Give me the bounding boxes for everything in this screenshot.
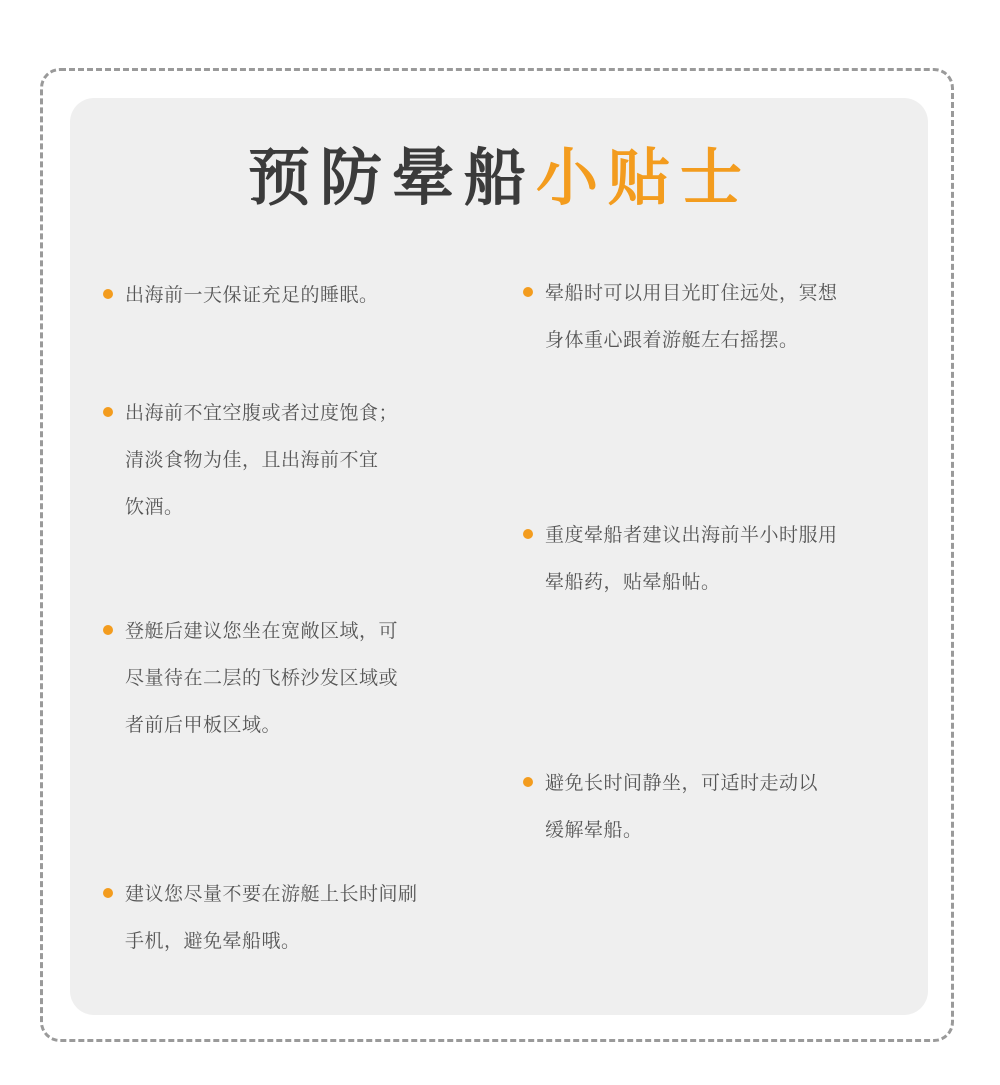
tip-line: 者前后甲板区域。 — [125, 702, 398, 749]
bullet-dot-icon — [103, 289, 113, 299]
tip-line: 身体重心跟着游艇左右摇摆。 — [545, 317, 838, 364]
tip-line: 出海前一天保证充足的睡眠。 — [125, 272, 379, 319]
bullet-dot-icon — [103, 888, 113, 898]
bullet-dot-icon — [103, 625, 113, 635]
tip-left-1: 出海前一天保证充足的睡眠。 — [125, 272, 379, 319]
tip-line: 避免长时间静坐，可适时走动以 — [545, 760, 818, 807]
tip-right-2: 重度晕船者建议出海前半小时服用 晕船药，贴晕船帖。 — [545, 512, 838, 606]
tip-right-3: 避免长时间静坐，可适时走动以 缓解晕船。 — [545, 760, 818, 854]
tip-line: 晕船时可以用目光盯住远处，冥想 — [545, 270, 838, 317]
tip-line: 重度晕船者建议出海前半小时服用 — [545, 512, 838, 559]
tip-left-4: 建议您尽量不要在游艇上长时间刷 手机，避免晕船哦。 — [125, 871, 418, 965]
bullet-dot-icon — [523, 287, 533, 297]
title-accent: 小贴士 — [536, 141, 752, 214]
tip-line: 出海前不宜空腹或者过度饱食； — [125, 390, 398, 437]
tip-line: 晕船药，贴晕船帖。 — [545, 559, 838, 606]
tip-line: 缓解晕船。 — [545, 807, 818, 854]
tip-right-1: 晕船时可以用目光盯住远处，冥想 身体重心跟着游艇左右摇摆。 — [545, 270, 838, 364]
tip-line: 尽量待在二层的飞桥沙发区域或 — [125, 655, 398, 702]
tip-line: 登艇后建议您坐在宽敞区域，可 — [125, 608, 398, 655]
bullet-dot-icon — [103, 407, 113, 417]
page-title: 预防晕船小贴士 — [0, 138, 1000, 218]
tip-line: 手机，避免晕船哦。 — [125, 918, 418, 965]
tip-line: 饮酒。 — [125, 484, 398, 531]
bullet-dot-icon — [523, 529, 533, 539]
tip-line: 建议您尽量不要在游艇上长时间刷 — [125, 871, 418, 918]
tip-line: 清淡食物为佳，且出海前不宜 — [125, 437, 398, 484]
tip-left-3: 登艇后建议您坐在宽敞区域，可 尽量待在二层的飞桥沙发区域或 者前后甲板区域。 — [125, 608, 398, 749]
tip-left-2: 出海前不宜空腹或者过度饱食； 清淡食物为佳，且出海前不宜 饮酒。 — [125, 390, 398, 531]
bullet-dot-icon — [523, 777, 533, 787]
title-main: 预防晕船 — [248, 141, 536, 214]
